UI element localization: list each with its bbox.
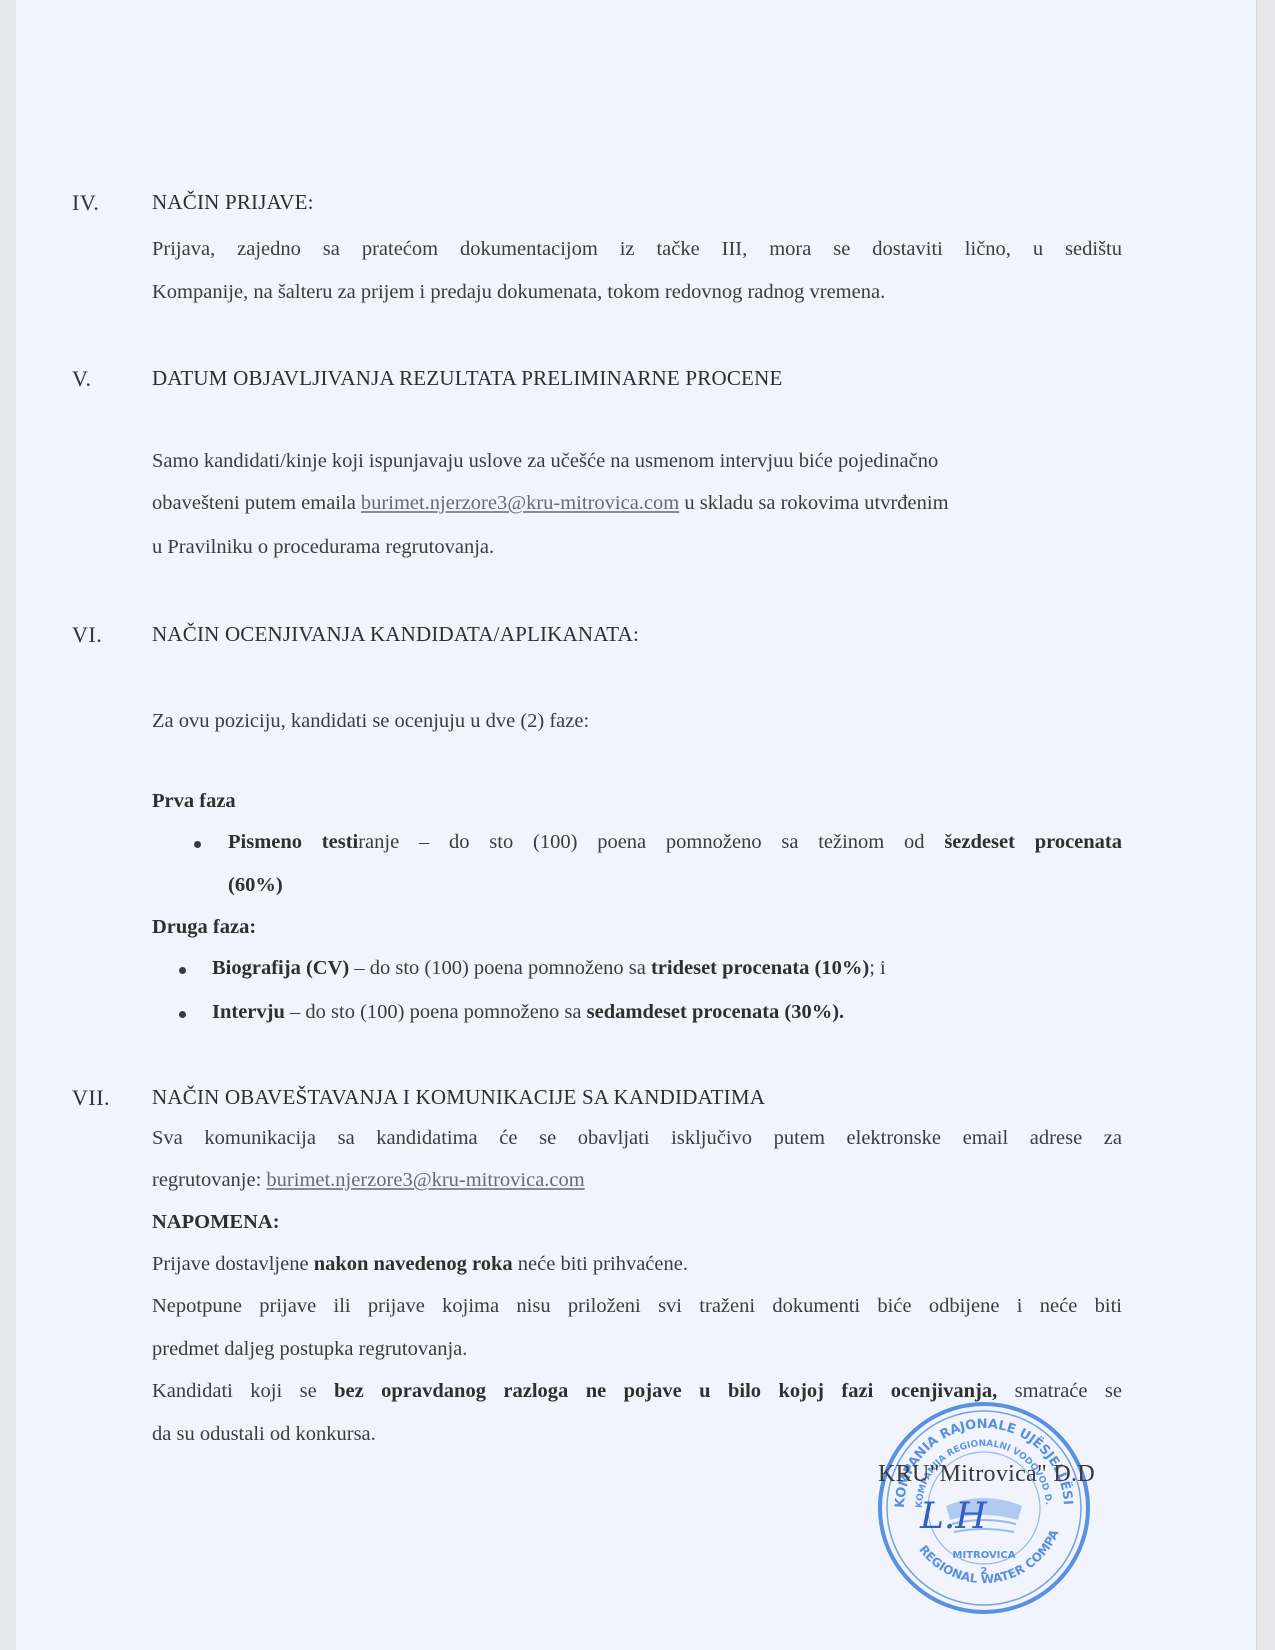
section-v-line-1: Samo kandidati/kinje koji ispunjavaju us…: [152, 450, 938, 473]
section-number-vii: VII.: [72, 1085, 110, 1111]
recruitment-email-link[interactable]: burimet.njerzore3@kru-mitrovica.com: [266, 1169, 584, 1191]
phase-2-item-1-bold2: trideset procenata (10%): [651, 957, 869, 979]
svg-text:MITROVICA: MITROVICA: [953, 1550, 1016, 1561]
phase-2-item-2-bold: Intervju: [212, 1001, 285, 1023]
section-v-line-3: u Pravilniku o procedurama regrutovanja.: [152, 536, 494, 559]
phase-2-item-2: Intervju – do sto (100) poena pomnoženo …: [212, 1001, 844, 1024]
note-title: NAPOMENA:: [152, 1211, 280, 1234]
phase-1-item-1-bold: Pismeno testi: [228, 831, 358, 853]
note-3-before: Kandidati koji se: [152, 1380, 334, 1402]
section-vi-intro: Za ovu poziciju, kandidati se ocenjuju u…: [152, 710, 589, 733]
phase-2-item-2-bold2: sedamdeset procenata (30%).: [587, 1001, 845, 1023]
bullet-icon: [179, 1011, 186, 1018]
section-title-vii: NAČIN OBAVEŠTAVANJA I KOMUNIKACIJE SA KA…: [152, 1085, 765, 1110]
section-v-line-2-after: u skladu sa rokovima utvrđenim: [679, 492, 948, 514]
phase-2-item-1-after: ; i: [869, 957, 886, 979]
bullet-icon: [194, 841, 201, 848]
note-1: Prijave dostavljene nakon navedenog roka…: [152, 1253, 688, 1276]
section-vii-line-1: Sva komunikacija sa kandidatima će se ob…: [152, 1127, 1122, 1150]
recruitment-email-link[interactable]: burimet.njerzore3@kru-mitrovica.com: [361, 492, 679, 514]
svg-text:2: 2: [981, 1566, 988, 1577]
section-number-iv: IV.: [72, 190, 99, 216]
phase-2-title: Druga faza:: [152, 916, 256, 939]
section-number-vi: VI.: [72, 622, 102, 648]
signature-initials: L.H: [920, 1496, 987, 1537]
section-number-v: V.: [72, 366, 92, 392]
phase-1-item-1-bold2: šezdeset procenata: [944, 831, 1122, 853]
section-title-vi: NAČIN OCENJIVANJA KANDIDATA/APLIKANATA:: [152, 622, 639, 647]
section-iv-line-2: Kompanije, na šalteru za prijem i predaj…: [152, 281, 885, 304]
note-1-before: Prijave dostavljene: [152, 1253, 314, 1275]
note-2-line-2: predmet daljeg postupka regrutovanja.: [152, 1338, 467, 1361]
note-1-bold: nakon navedenog roka: [314, 1253, 513, 1275]
section-v-line-2: obavešteni putem emaila burimet.njerzore…: [152, 492, 949, 515]
note-3-line-2: da su odustali od konkursa.: [152, 1423, 376, 1446]
section-iv-line-1: Prijava, zajedno sa pratećom dokumentaci…: [152, 238, 1122, 261]
section-v-line-2-before: obavešteni putem emaila: [152, 492, 361, 514]
section-title-iv: NAČIN PRIJAVE:: [152, 190, 314, 215]
phase-2-item-2-text: – do sto (100) poena pomnoženo sa: [285, 1001, 587, 1023]
phase-1-item-1-cont: (60%): [228, 874, 283, 897]
section-vii-line-2: regrutovanje: burimet.njerzore3@kru-mitr…: [152, 1169, 585, 1192]
phase-2-item-1: Biografija (CV) – do sto (100) poena pom…: [212, 957, 886, 980]
phase-1-title: Prva faza: [152, 790, 236, 813]
phase-1-item-1-text: ranje – do sto (100) poena pomnoženo sa …: [358, 831, 944, 853]
phase-2-item-1-text: – do sto (100) poena pomnoženo sa: [349, 957, 651, 979]
phase-1-item-1: Pismeno testiranje – do sto (100) poena …: [228, 831, 1122, 854]
bullet-icon: [179, 967, 186, 974]
signature-org: KRU"Mitrovica" D.D: [878, 1461, 1095, 1488]
section-vii-line-2-before: regrutovanje:: [152, 1169, 266, 1191]
phase-2-item-1-bold: Biografija (CV): [212, 957, 349, 979]
note-2-line-1: Nepotpune prijave ili prijave kojima nis…: [152, 1295, 1122, 1318]
note-1-after: neće biti prihvaćene.: [513, 1253, 688, 1275]
page-edge: [1256, 0, 1275, 1650]
section-title-v: DATUM OBJAVLJIVANJA REZULTATA PRELIMINAR…: [152, 366, 782, 391]
